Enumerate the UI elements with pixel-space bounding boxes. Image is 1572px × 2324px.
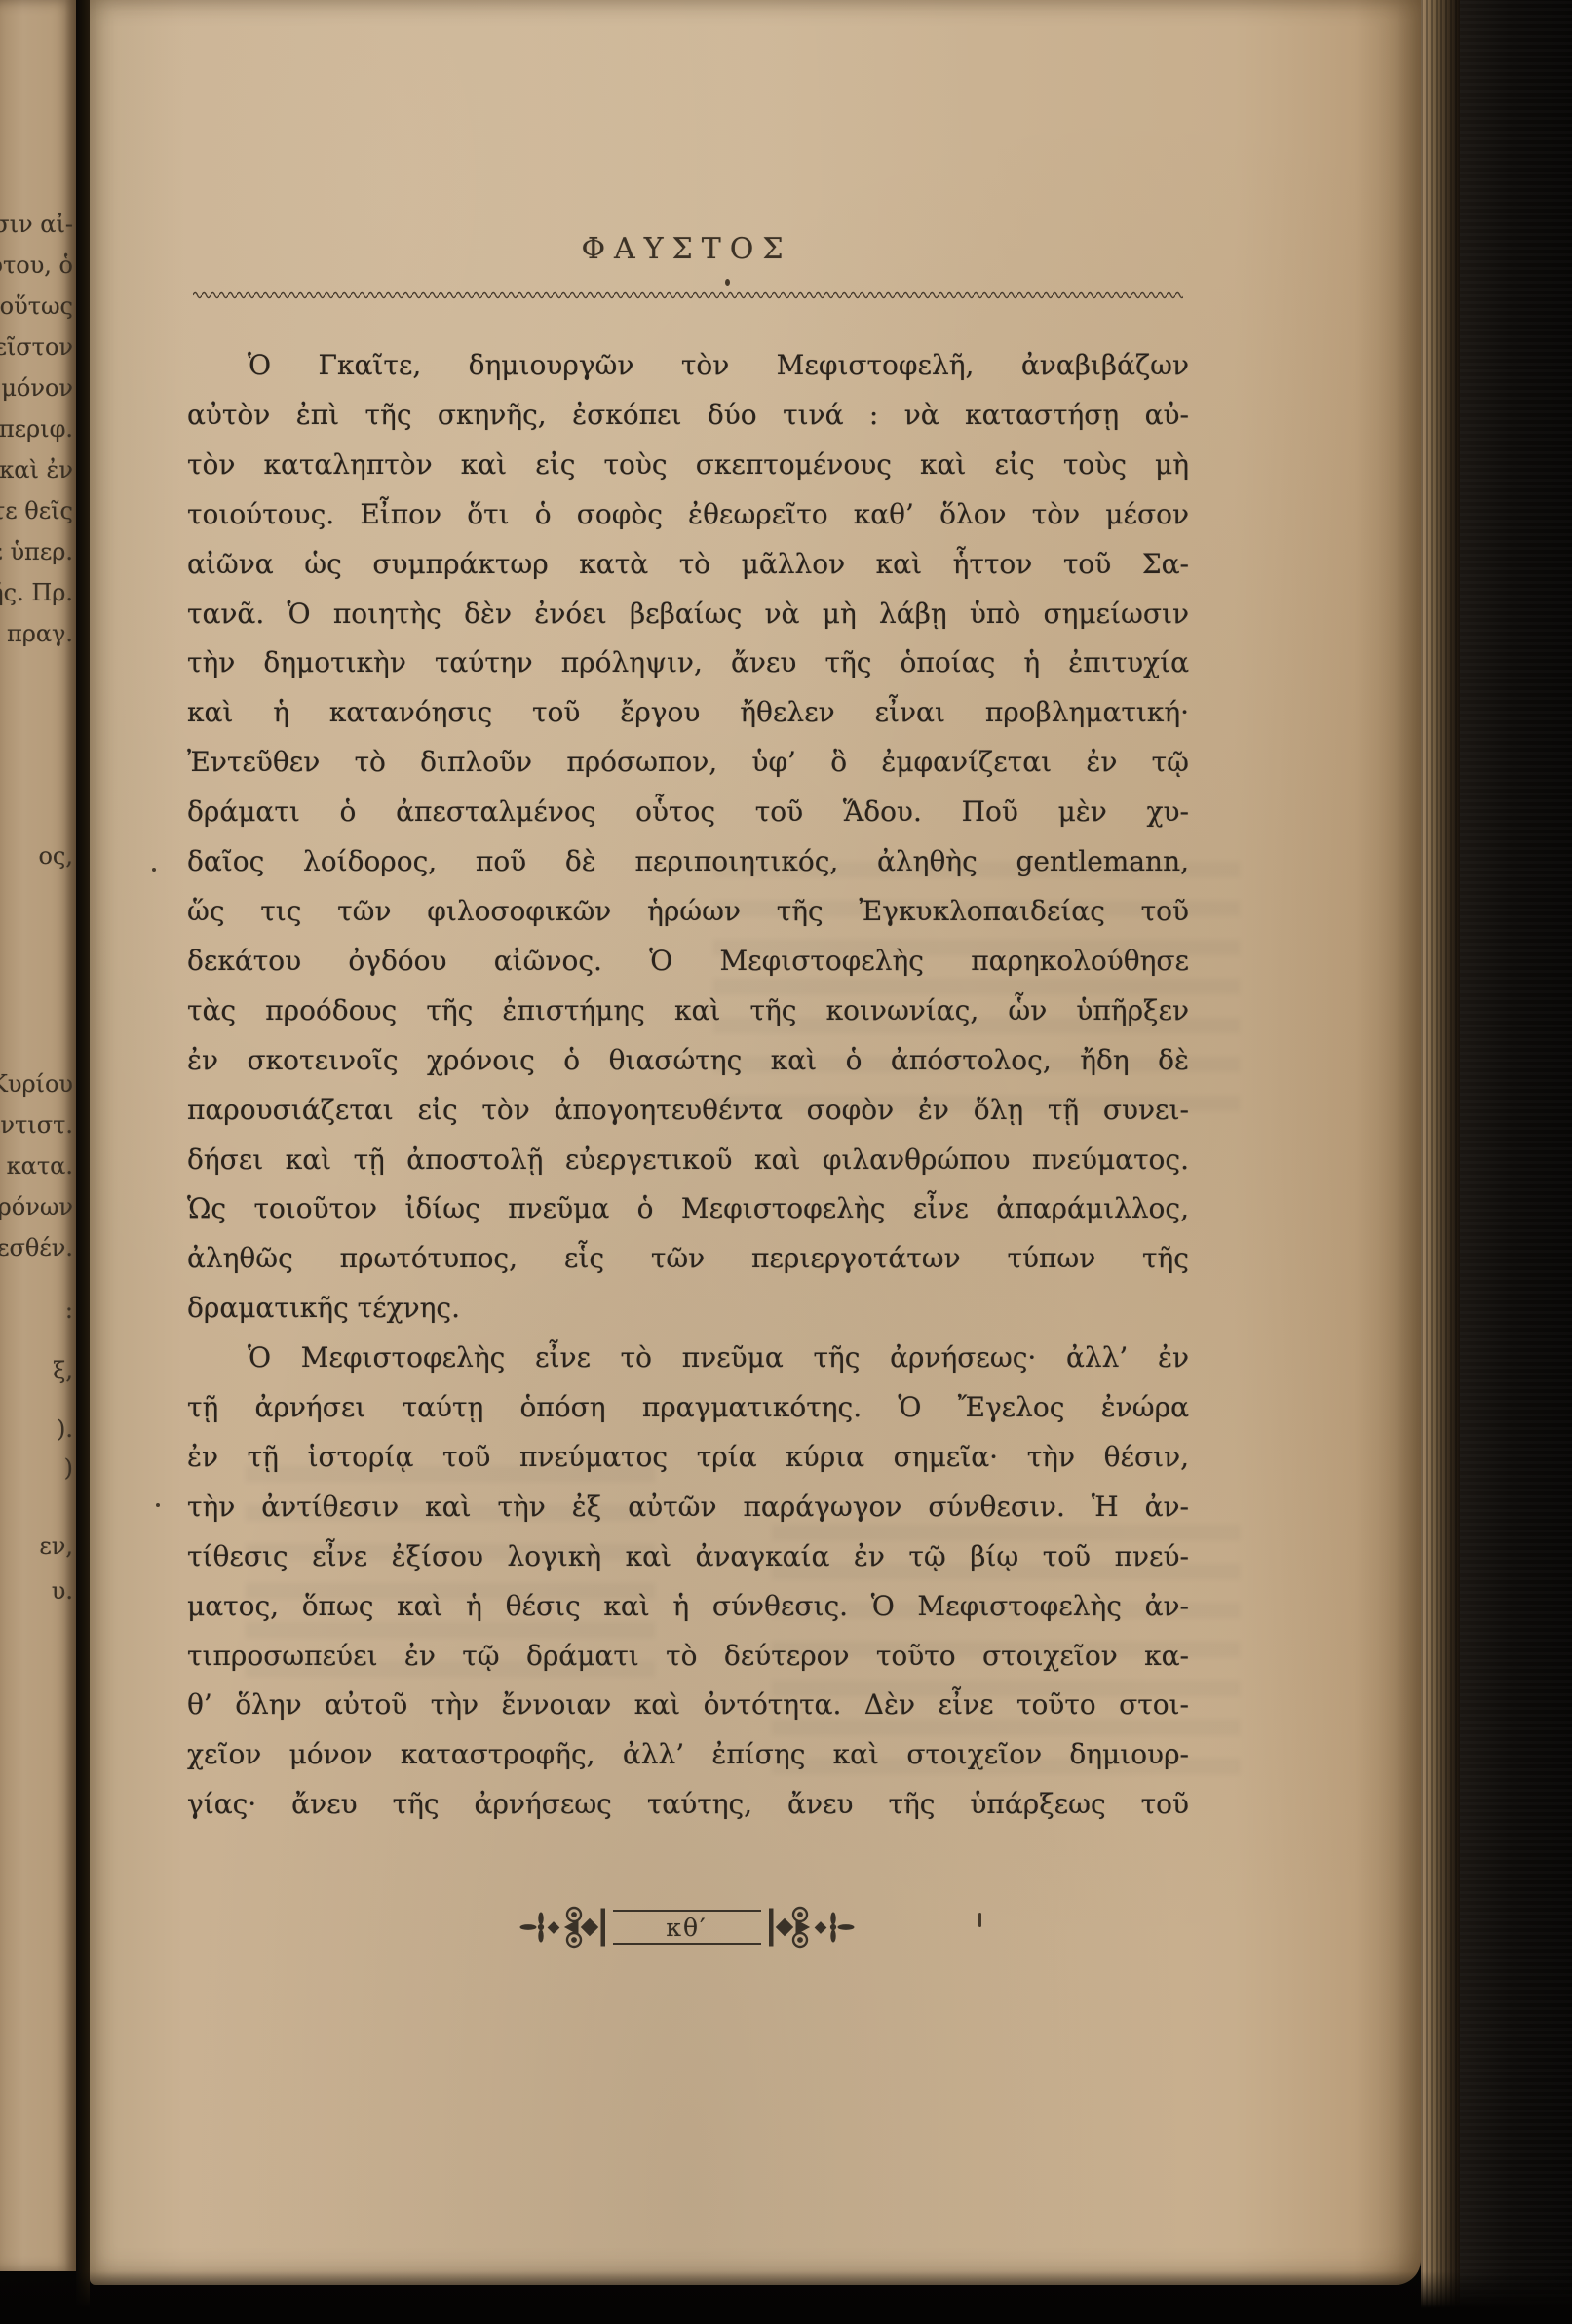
margin-text-fragment: : (65, 1297, 73, 1324)
margin-text-fragment: ἡν τοῦ Κυρίου (0, 1070, 73, 1098)
margin-text-fragment: τησιν αἰ- (0, 211, 73, 238)
margin-text-fragment: ὐτὸν καὶ ἐν (0, 456, 73, 484)
text-line: τίθεσις εἶνε ἐξίσου λογικὴ καὶ ἀναγκαία … (187, 1532, 1189, 1582)
text-line: ὥς τις τῶν φιλοσοφικῶν ἡρώων τῆς Ἐγκυκλο… (187, 887, 1189, 937)
ink-speck (156, 1503, 160, 1507)
text-line: Ἐντεῦθεν τὸ διπλοῦν πρόσωπον, ὑφ’ ὃ ἐμφα… (187, 738, 1189, 788)
margin-text-fragment: ς τὸν κορεσθέν. (0, 1234, 73, 1261)
previous-page-edge: τησιν αἰ-τούτου, ὁελῆς οὕτωςὁ πλεῖστονησ… (0, 0, 76, 2271)
margin-text-fragment: ) (64, 1454, 73, 1482)
margin-text-fragment: τέρων χρόνων (0, 1193, 73, 1220)
text-line: ματος, ὅπως καὶ ἡ θέσις καὶ ἡ σύνθεσις. … (187, 1582, 1189, 1632)
page-edges (1421, 0, 1460, 2324)
margin-text-fragment: ὁ πλεῖστον (0, 333, 73, 361)
text-line: δραματικῆς τέχνης. (187, 1284, 1189, 1334)
margin-text-fragment: ξ, (53, 1357, 73, 1384)
margin-text-fragment: ὸν τῆς κατα. (0, 1152, 73, 1180)
text-line: αὐτὸν ἐπὶ τῆς σκηνῆς, ἐσκόπει δύο τινά :… (187, 391, 1189, 441)
text-line: τὰς προόδους τῆς ἐπιστήμης καὶ τῆς κοινω… (187, 987, 1189, 1036)
bottom-shadow (0, 2271, 1572, 2324)
text-line: δαῖος λοίδορος, ποῦ δὲ περιποιητικός, ἀλ… (187, 837, 1189, 887)
wavy-rule (193, 285, 1183, 296)
text-line: δεκάτου ὀγδόου αἰῶνος. Ὁ Μεφιστοφελὴς πα… (187, 937, 1189, 987)
text-line: τιπροσωπεύει ἐν τῷ δράματι τὸ δεύτερον τ… (187, 1632, 1189, 1682)
text-line: τὴν δημοτικὴν ταύτην πρόληψιν, ἄνευ τῆς … (187, 639, 1189, 688)
text-line: δράματι ὁ ἀπεσταλμένος οὗτος τοῦ Ἅδου. Π… (187, 788, 1189, 837)
text-line: τὸν καταληπτὸν καὶ εἰς τοὺς σκεπτομένους… (187, 441, 1189, 490)
margin-text-fragment: εν, (39, 1532, 73, 1560)
book-cover (1460, 0, 1572, 2324)
margin-text-fragment: ). (57, 1415, 73, 1443)
text-line: παρουσιάζεται εἰς τὸν ἀπογοητευθέντα σοφ… (187, 1086, 1189, 1136)
margin-text-fragment: τούτου, ὁ (0, 252, 73, 279)
margin-text-fragment: συμπεριφ. (0, 415, 73, 443)
tailpiece-left-flourish-icon (519, 1901, 613, 1954)
text-line: ἐν σκοτεινοῖς χρόνοις ὁ θιασώτης καὶ ὁ ἀ… (187, 1036, 1189, 1086)
text-line: Ὡς τοιοῦτον ἰδίως πνεῦμα ὁ Μεφιστοφελὴς … (187, 1184, 1189, 1234)
text-line: γίας· ἄνευ τῆς ἀρνήσεως ταύτης, ἄνευ τῆς… (187, 1780, 1189, 1830)
text-line: καὶ ἡ κατανόησις τοῦ ἔργου ἤθελεν εἶναι … (187, 688, 1189, 738)
running-head-title: ΦΑΥΣΤΟΣ (187, 232, 1186, 266)
margin-text-fragment: ται ν’ ἀντιστ. (0, 1111, 73, 1139)
page-number: κθ′ (666, 1914, 707, 1942)
margin-text-fragment: έποτε ὑπερ. (0, 538, 73, 565)
text-line: τανᾶ. Ὁ ποιητὴς δὲν ἐνόει βεβαίως νὰ μὴ … (187, 590, 1189, 639)
ink-speck (152, 868, 156, 871)
text-line: Ὁ Μεφιστοφελὴς εἶνε τὸ πνεῦμα τῆς ἀρνήσε… (187, 1334, 1189, 1383)
tailpiece-right-flourish-icon (761, 1901, 855, 1954)
margin-text-fragment: ούτου πραγ. (0, 620, 73, 647)
text-line: αἰῶνα ὡς συμπράκτωρ κατὰ τὸ μᾶλλον καὶ ἧ… (187, 540, 1189, 590)
text-line: τοιούτους. Εἶπον ὅτι ὁ σοφὸς ἐθεωρεῖτο κ… (187, 490, 1189, 540)
text-line: δήσει καὶ τῇ ἀποστολῇ εὐεργετικοῦ καὶ φι… (187, 1136, 1189, 1185)
gutter-shadow (76, 0, 90, 2324)
text-line: χεῖον μόνον καταστροφῆς, ἀλλ’ ἐπίσης καὶ… (187, 1730, 1189, 1780)
tailpiece-ornament: κθ′ (187, 1899, 1186, 1956)
text-line: τὴν ἀντίθεσιν καὶ τὴν ἐξ αὐτῶν παράγωγον… (187, 1483, 1189, 1532)
margin-text-fragment: υ. (52, 1577, 73, 1605)
book-photo: τησιν αἰ-τούτου, ὁελῆς οὕτωςὁ πλεῖστονησ… (0, 0, 1572, 2324)
book-page: ΦΑΥΣΤΟΣ Ὁ Γκαῖτε, δημιουργῶν τὸν Μεφιστο… (90, 0, 1421, 2285)
margin-text-fragment: ος, (38, 842, 73, 870)
margin-text-fragment: ησιν μόνον (0, 374, 73, 402)
text-line: Ὁ Γκαῖτε, δημιουργῶν τὸν Μεφιστοφελῆ, ἀν… (187, 341, 1189, 391)
text-line: τῇ ἀρνήσει ταύτῃ ὁπόση πραγματικότης. Ὁ … (187, 1383, 1189, 1433)
margin-text-fragment: παγῆς. Πρ. (0, 579, 73, 606)
body-text: Ὁ Γκαῖτε, δημιουργῶν τὸν Μεφιστοφελῆ, ἀν… (187, 341, 1189, 1830)
text-line: θ’ ὅλην αὐτοῦ τὴν ἔννοιαν καὶ ὀντότητα. … (187, 1681, 1189, 1730)
tailpiece-rules: κθ′ (613, 1910, 761, 1945)
margin-text-fragment: ελῆς οὕτως (0, 292, 73, 320)
text-line: ἀληθῶς πρωτότυπος, εἷς τῶν περιεργοτάτων… (187, 1234, 1189, 1284)
text-line: ἐν τῇ ἱστορίᾳ τοῦ πνεύματος τρία κύρια σ… (187, 1433, 1189, 1483)
margin-text-fragment: . Εἶτε θεῖς (0, 497, 73, 524)
